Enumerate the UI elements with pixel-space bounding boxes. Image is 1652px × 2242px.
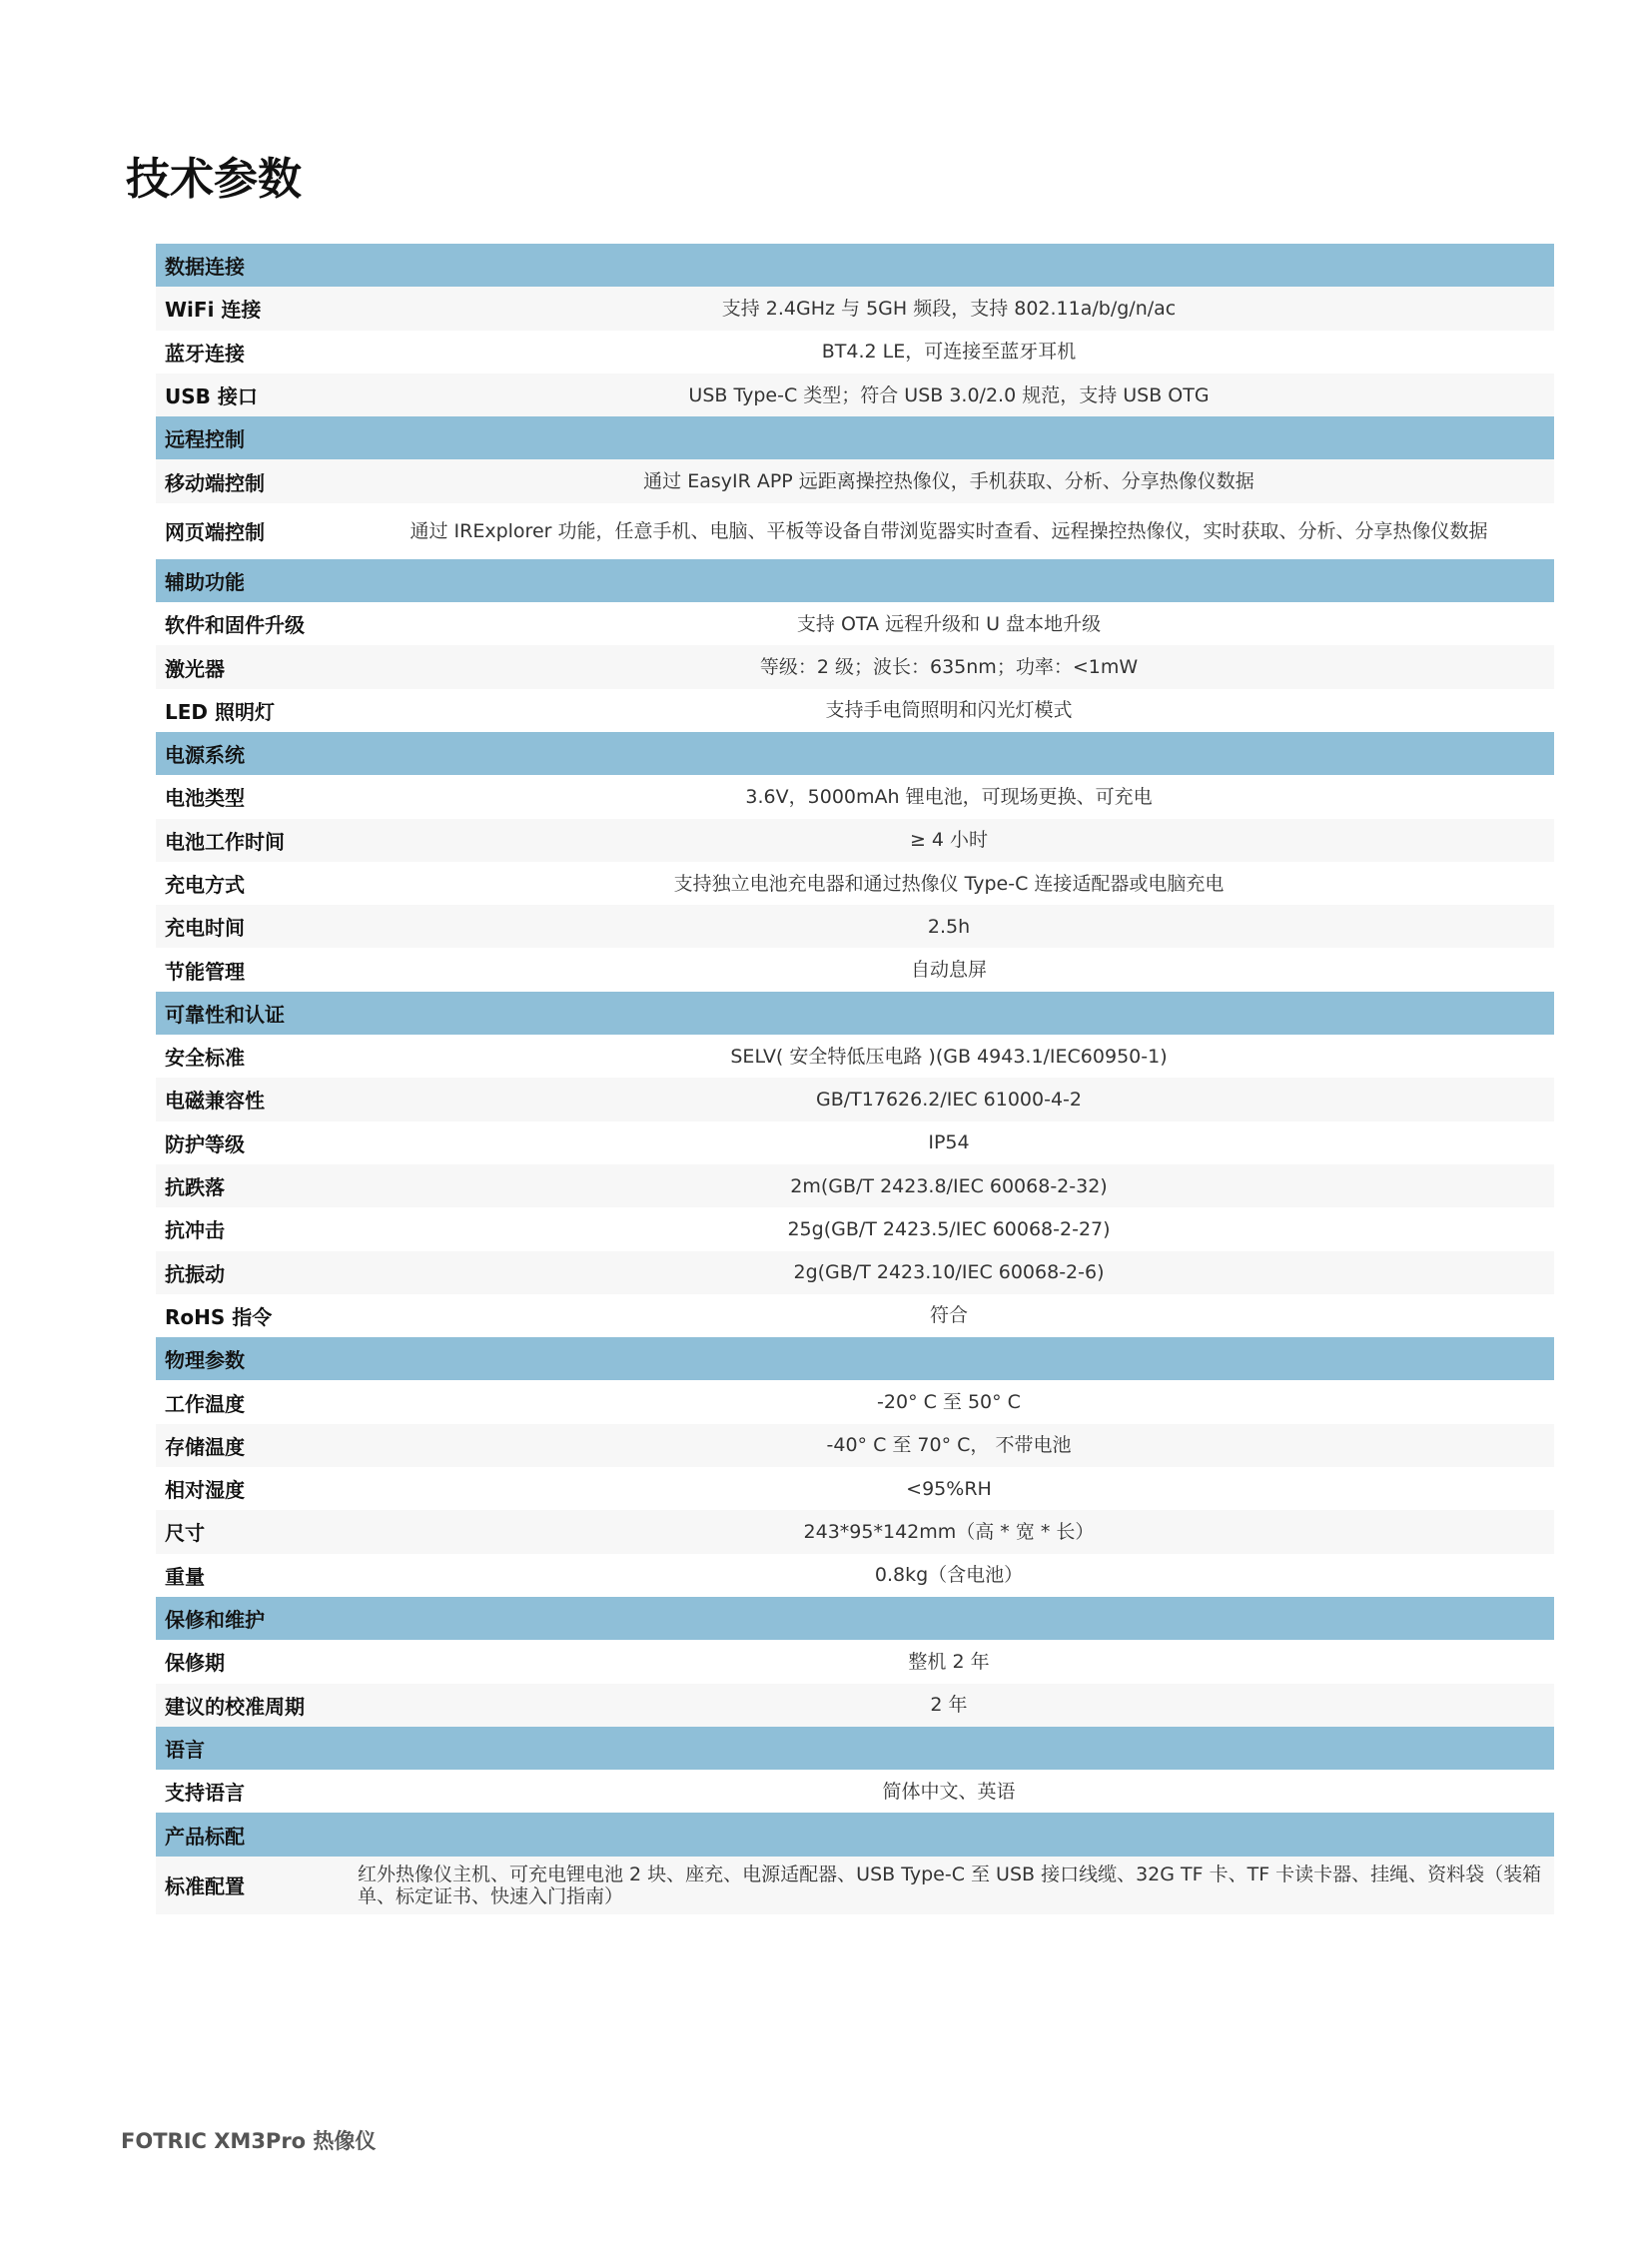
section-title: 语言 [156,1734,205,1763]
table-row: 支持语言简体中文、英语 [156,1770,1554,1813]
section-header-auxiliary: 辅助功能 [156,559,1554,602]
table-row: 保修期整机 2 年 [156,1640,1554,1683]
spec-value: <95%RH [350,1478,1554,1500]
spec-label: 电池类型 [156,782,350,811]
spec-label: 抗跌落 [156,1171,350,1200]
spec-value: 243*95*142mm（高 * 宽 * 长） [350,1521,1554,1543]
table-row: LED 照明灯支持手电筒照明和闪光灯模式 [156,689,1554,732]
table-row: 激光器等级：2 级；波长：635nm；功率：<1mW [156,645,1554,688]
spec-value: 符合 [350,1304,1554,1326]
spec-value: 3.6V，5000mAh 锂电池，可现场更换、可充电 [350,786,1554,808]
section-header-reliability: 可靠性和认证 [156,992,1554,1035]
table-row: 安全标准SELV( 安全特低压电路 )(GB 4943.1/IEC60950-1… [156,1035,1554,1078]
spec-value: SELV( 安全特低压电路 )(GB 4943.1/IEC60950-1) [350,1046,1554,1068]
spec-label: 保修期 [156,1647,350,1676]
section-header-data-connection: 数据连接 [156,244,1554,287]
spec-value: 红外热像仪主机、可充电锂电池 2 块、座充、电源适配器、USB Type-C 至… [350,1864,1554,1907]
table-row: 建议的校准周期2 年 [156,1684,1554,1727]
spec-label: WiFi 连接 [156,294,350,323]
section-header-remote-control: 远程控制 [156,416,1554,459]
section-header-language: 语言 [156,1727,1554,1770]
spec-label: 蓝牙连接 [156,338,350,367]
spec-label: 存储温度 [156,1431,350,1460]
spec-label: 抗振动 [156,1258,350,1287]
spec-label: RoHS 指令 [156,1301,350,1330]
spec-label: 节能管理 [156,956,350,985]
table-row: 相对湿度<95%RH [156,1467,1554,1510]
table-row: 充电时间2.5h [156,905,1554,948]
spec-value: USB Type-C 类型；符合 USB 3.0/2.0 规范，支持 USB O… [350,384,1554,406]
table-row: 蓝牙连接BT4.2 LE，可连接至蓝牙耳机 [156,331,1554,374]
section-header-power: 电源系统 [156,732,1554,775]
spec-value: -40° C 至 70° C， 不带电池 [350,1434,1554,1456]
table-row: WiFi 连接支持 2.4GHz 与 5GH 频段，支持 802.11a/b/g… [156,287,1554,330]
spec-value: 0.8kg（含电池） [350,1564,1554,1586]
spec-label: 电磁兼容性 [156,1085,350,1114]
section-title: 辅助功能 [156,566,245,595]
section-title: 物理参数 [156,1344,245,1373]
spec-value: BT4.2 LE，可连接至蓝牙耳机 [350,341,1554,363]
spec-label: 工作温度 [156,1388,350,1417]
table-row: 电池类型3.6V，5000mAh 锂电池，可现场更换、可充电 [156,775,1554,818]
table-row: 防护等级IP54 [156,1121,1554,1164]
table-row: 抗冲击25g(GB/T 2423.5/IEC 60068-2-27) [156,1207,1554,1250]
spec-value: 支持 OTA 远程升级和 U 盘本地升级 [350,613,1554,635]
table-row: 重量0.8kg（含电池） [156,1554,1554,1597]
spec-label: 重量 [156,1561,350,1590]
spec-value: 支持手电筒照明和闪光灯模式 [350,699,1554,721]
spec-value: 通过 EasyIR APP 远距离操控热像仪，手机获取、分析、分享热像仪数据 [350,470,1554,492]
section-header-package: 产品标配 [156,1813,1554,1856]
spec-label: 激光器 [156,653,350,682]
spec-label: LED 照明灯 [156,696,350,725]
spec-value: 通过 IRExplorer 功能，任意手机、电脑、平板等设备自带浏览器实时查看、… [350,520,1554,542]
table-row: 网页端控制通过 IRExplorer 功能，任意手机、电脑、平板等设备自带浏览器… [156,503,1554,559]
spec-value: 2m(GB/T 2423.8/IEC 60068-2-32) [350,1175,1554,1197]
table-row: 电磁兼容性GB/T17626.2/IEC 61000-4-2 [156,1078,1554,1121]
section-title: 可靠性和认证 [156,999,285,1028]
section-header-warranty: 保修和维护 [156,1597,1554,1640]
table-row: RoHS 指令符合 [156,1294,1554,1337]
spec-value: 2 年 [350,1694,1554,1716]
spec-value: 2.5h [350,916,1554,938]
spec-value: GB/T17626.2/IEC 61000-4-2 [350,1089,1554,1111]
table-row: 软件和固件升级支持 OTA 远程升级和 U 盘本地升级 [156,602,1554,645]
spec-label: USB 接口 [156,380,350,409]
spec-value: 自动息屏 [350,959,1554,981]
section-title: 数据连接 [156,251,245,280]
spec-value: IP54 [350,1131,1554,1153]
table-row: 移动端控制通过 EasyIR APP 远距离操控热像仪，手机获取、分析、分享热像… [156,459,1554,502]
spec-label: 软件和固件升级 [156,609,350,638]
spec-label: 建议的校准周期 [156,1691,350,1720]
spec-label: 相对湿度 [156,1474,350,1503]
table-row: 存储温度-40° C 至 70° C， 不带电池 [156,1424,1554,1467]
spec-label: 移动端控制 [156,467,350,496]
page-title: 技术参数 [126,150,302,210]
spec-label: 支持语言 [156,1777,350,1806]
section-title: 保修和维护 [156,1604,265,1633]
spec-value: 支持 2.4GHz 与 5GH 频段，支持 802.11a/b/g/n/ac [350,298,1554,320]
spec-label: 抗冲击 [156,1214,350,1243]
table-row: 工作温度-20° C 至 50° C [156,1380,1554,1423]
spec-label: 标准配置 [156,1870,350,1899]
section-header-physical: 物理参数 [156,1337,1554,1380]
spec-value: -20° C 至 50° C [350,1391,1554,1413]
spec-value: 25g(GB/T 2423.5/IEC 60068-2-27) [350,1218,1554,1240]
spec-label: 电池工作时间 [156,826,350,855]
table-row: 节能管理自动息屏 [156,948,1554,991]
spec-value: 支持独立电池充电器和通过热像仪 Type-C 连接适配器或电脑充电 [350,873,1554,895]
table-row: 标准配置红外热像仪主机、可充电锂电池 2 块、座充、电源适配器、USB Type… [156,1857,1554,1914]
section-title: 远程控制 [156,423,245,452]
table-row: 充电方式支持独立电池充电器和通过热像仪 Type-C 连接适配器或电脑充电 [156,862,1554,905]
table-row: 尺寸243*95*142mm（高 * 宽 * 长） [156,1510,1554,1553]
spec-label: 防护等级 [156,1128,350,1157]
spec-value: 整机 2 年 [350,1651,1554,1673]
spec-value: ≥ 4 小时 [350,829,1554,851]
spec-value: 2g(GB/T 2423.10/IEC 60068-2-6) [350,1261,1554,1283]
spec-table: 数据连接 WiFi 连接支持 2.4GHz 与 5GH 频段，支持 802.11… [156,244,1554,1914]
table-row: 抗跌落2m(GB/T 2423.8/IEC 60068-2-32) [156,1164,1554,1207]
footer-product-name: FOTRIC XM3Pro 热像仪 [121,2125,376,2155]
spec-value: 简体中文、英语 [350,1781,1554,1803]
spec-label: 网页端控制 [156,516,350,545]
spec-label: 尺寸 [156,1517,350,1546]
table-row: USB 接口USB Type-C 类型；符合 USB 3.0/2.0 规范，支持… [156,374,1554,416]
table-row: 电池工作时间≥ 4 小时 [156,819,1554,862]
spec-value: 等级：2 级；波长：635nm；功率：<1mW [350,656,1554,678]
spec-label: 充电时间 [156,912,350,941]
table-row: 抗振动2g(GB/T 2423.10/IEC 60068-2-6) [156,1251,1554,1294]
section-title: 电源系统 [156,739,245,768]
section-title: 产品标配 [156,1821,245,1850]
spec-label: 安全标准 [156,1042,350,1071]
spec-label: 充电方式 [156,869,350,898]
